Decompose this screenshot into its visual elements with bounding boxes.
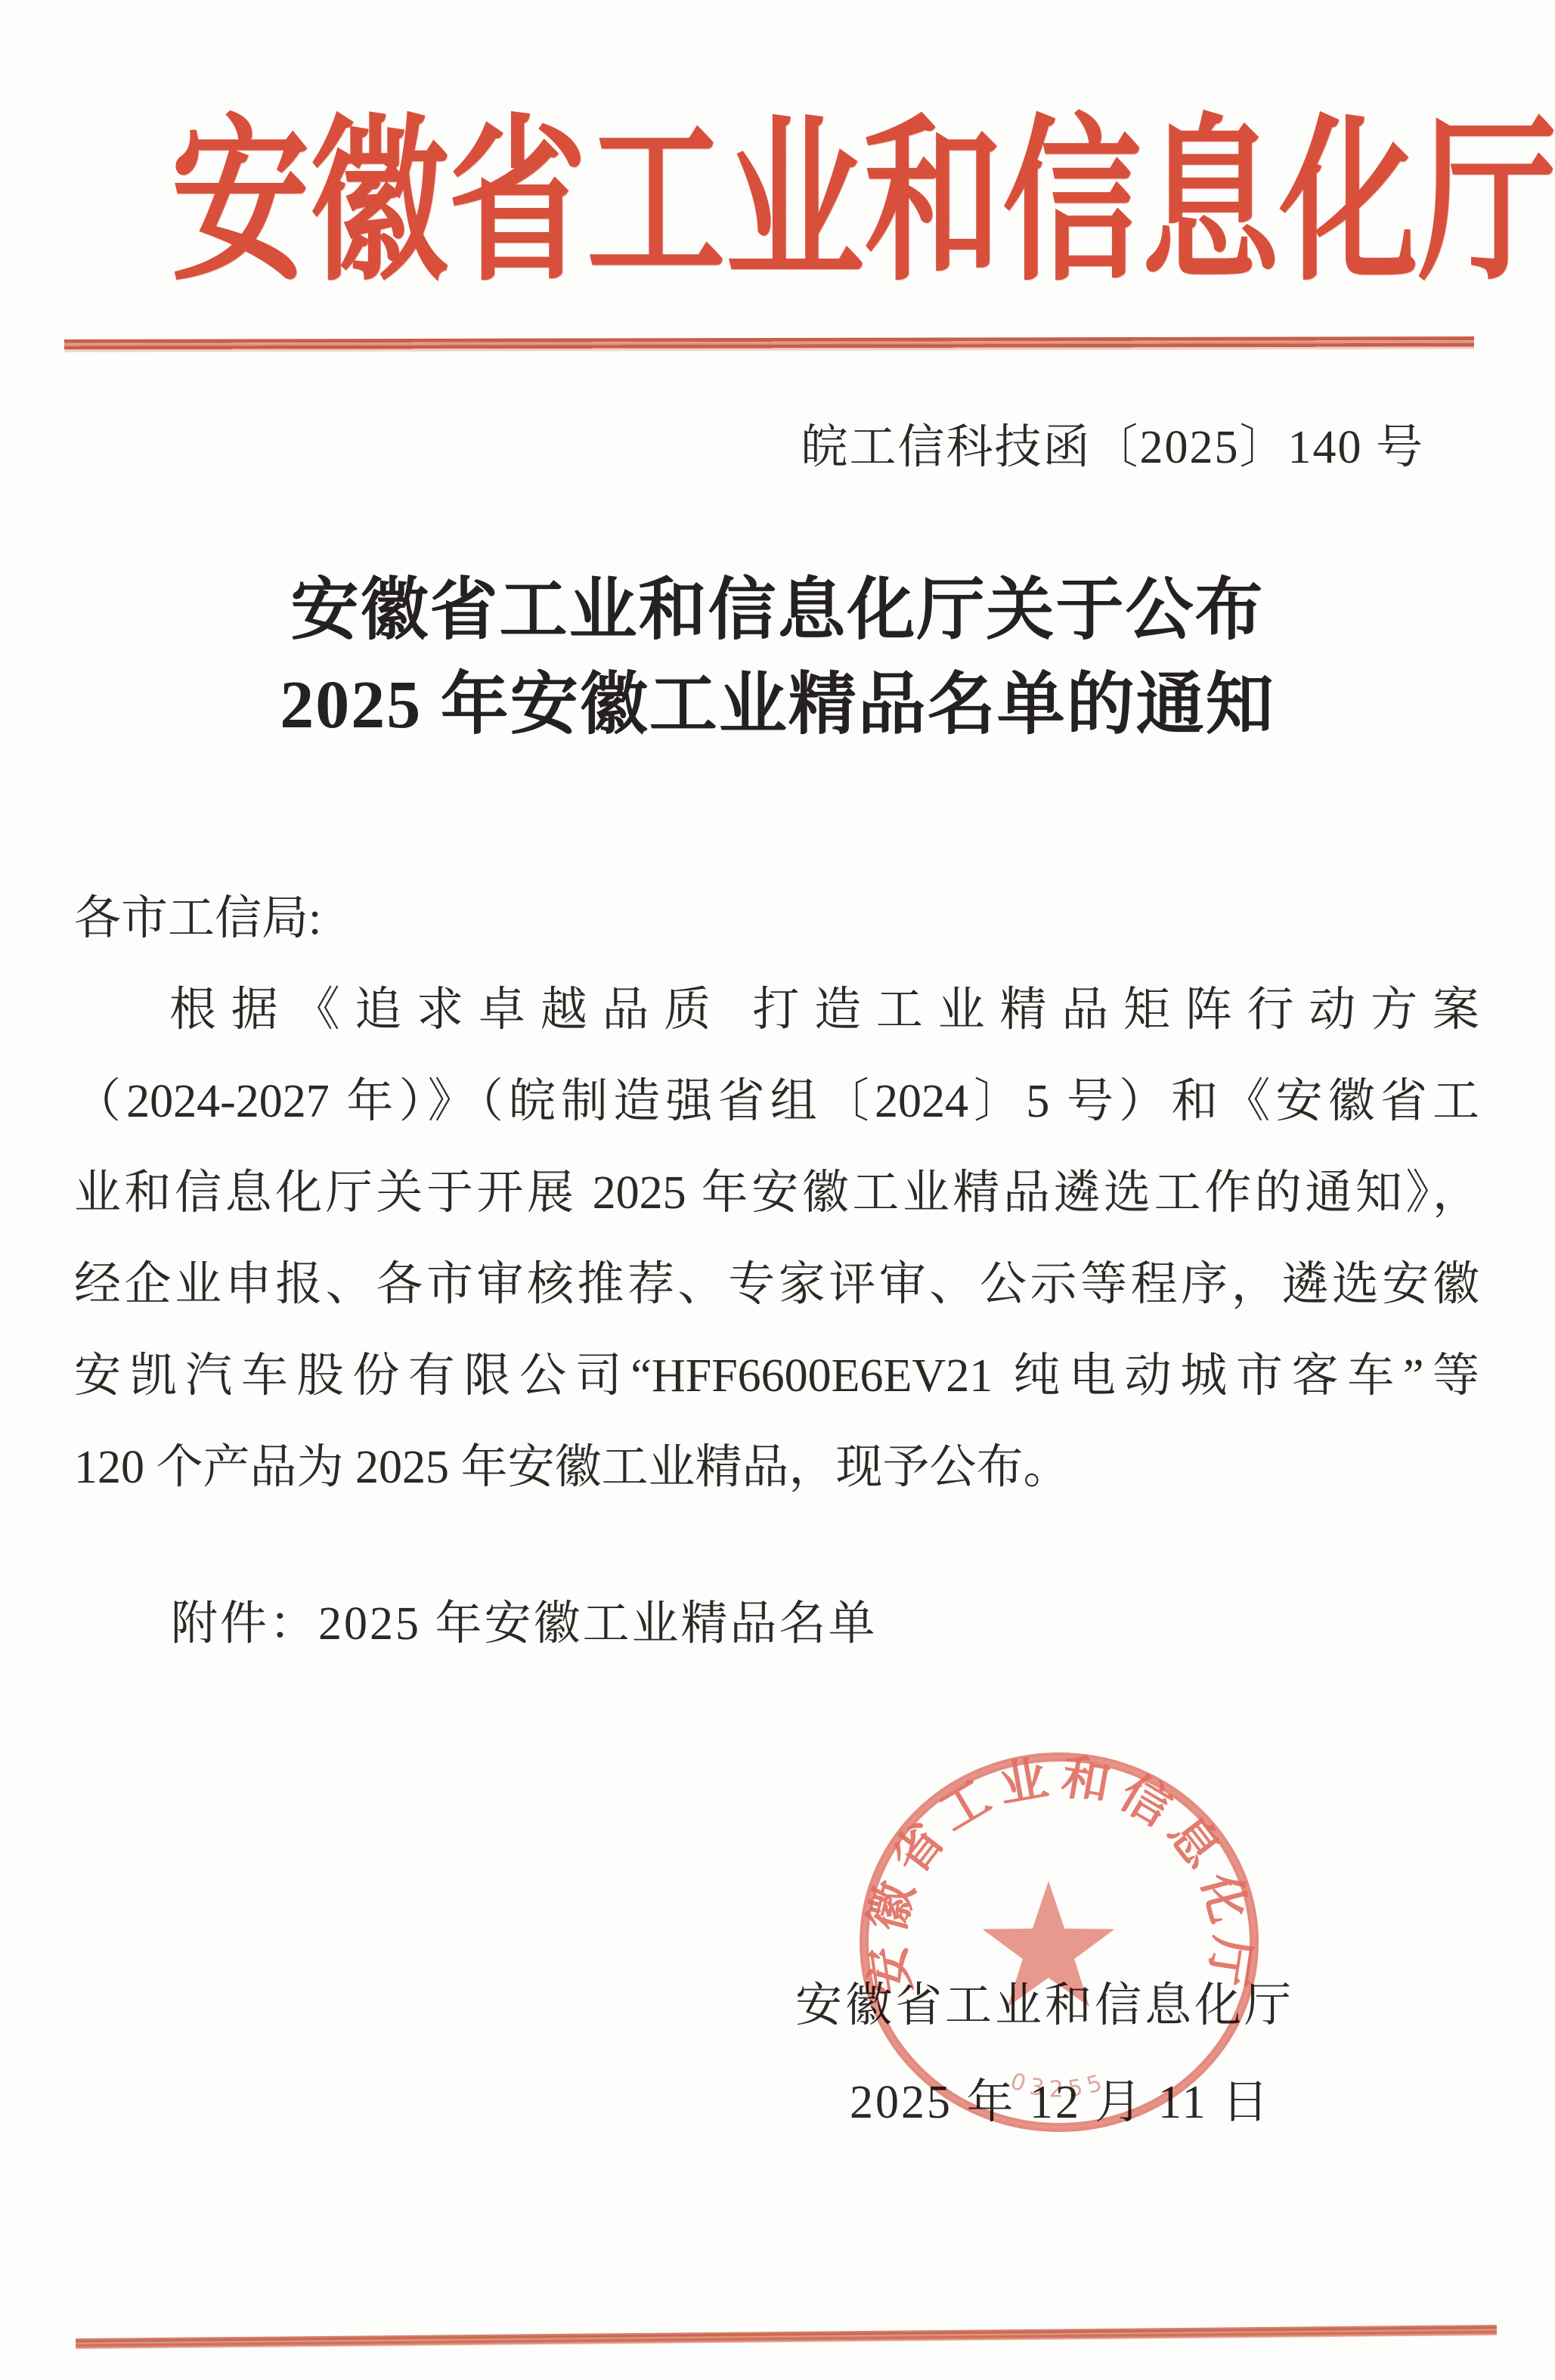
seal-serial-number: 03255 (1007, 2068, 1110, 2103)
official-seal: 安徽省工业和信息化厅 03255 (824, 1724, 1293, 2193)
notice-body: 各市工信局: 根据《追求卓越品质 打造工业精品矩阵行动方案 （2024-2027… (74, 873, 1479, 1514)
letterhead-rule (64, 336, 1474, 352)
notice-title: 安徽省工业和信息化厅关于公布 2025 年安徽工业精品名单的通知 (0, 563, 1555, 752)
body-line: （2024-2027 年）》（皖制造强省组〔2024〕5 号）和《安徽省工 (74, 1056, 1479, 1148)
salutation: 各市工信局: (74, 873, 1479, 965)
document-number: 皖工信科技函〔2025〕140 号 (801, 417, 1424, 478)
body-line: 经企业申报、各市审核推荐、专家评审、公示等程序，遴选安徽 (74, 1239, 1479, 1331)
body-line: 安凯汽车股份有限公司“HFF6600E6EV21 纯电动城市客车”等 (74, 1331, 1479, 1422)
body-line: 业和信息化厅关于开展 2025 年安徽工业精品遴选工作的通知》， (74, 1148, 1479, 1239)
scanned-official-document: 安徽省工业和信息化厅 皖工信科技函〔2025〕140 号 安徽省工业和信息化厅关… (0, 0, 1555, 2380)
notice-title-line1: 安徽省工业和信息化厅关于公布 (0, 563, 1555, 658)
body-line: 120 个产品为 2025 年安徽工业精品，现予公布。 (74, 1422, 1479, 1514)
svg-text:03255: 03255 (1007, 2068, 1110, 2103)
footer-rule (76, 2325, 1497, 2349)
body-line: 根据《追求卓越品质 打造工业精品矩阵行动方案 (74, 965, 1479, 1056)
notice-title-line2: 2025 年安徽工业精品名单的通知 (0, 658, 1555, 752)
attachment-line: 附件：2025 年安徽工业精品名单 (171, 1579, 878, 1670)
seal-star-icon (983, 1881, 1115, 2007)
letterhead-agency-name: 安徽省工业和信息化厅 (171, 104, 1383, 302)
